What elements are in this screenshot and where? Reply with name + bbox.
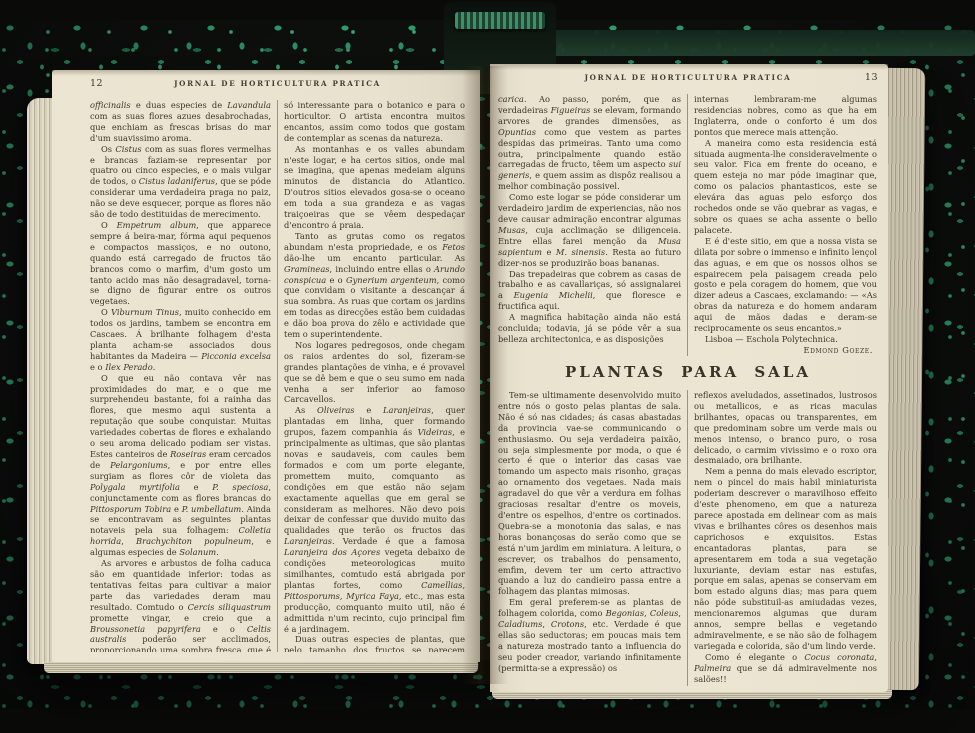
italic-term: Laranjeiras	[383, 405, 431, 415]
page-number-13: 13	[850, 72, 878, 83]
paragraph: Lisboa — Eschola Polytechnica.	[694, 334, 877, 345]
italic-term: Pittosporum Tobira	[90, 504, 171, 514]
running-title-left: JORNAL DE HORTICULTURA PRATICA	[118, 79, 437, 88]
paragraph: O Viburnum Tinus, muito conhecido em tod…	[90, 307, 271, 372]
page12-header: 12 JORNAL DE HORTICULTURA PRATICA	[90, 78, 465, 93]
italic-term: sui generis	[498, 159, 681, 180]
italic-term: officinalis	[90, 100, 131, 110]
paragraph: carica. Ao passo, porém, que as verdadei…	[498, 94, 681, 192]
left-page-bottom-edge	[44, 662, 478, 673]
italic-term: Polygala myrtifolia	[90, 482, 180, 492]
italic-term: Gynerium argenteum	[346, 275, 437, 285]
italic-term: Opuntias	[498, 127, 536, 137]
page-number-12: 12	[90, 78, 118, 89]
paragraph: Tanto as grutas como os regatos abundam …	[284, 231, 465, 340]
italic-term: Viburnum Tinus	[111, 307, 179, 317]
italic-term: Gramineas	[284, 264, 330, 274]
paragraph: As arvores e arbustos de folha caduca sã…	[90, 558, 271, 652]
italic-term: Laranjeiras	[284, 536, 332, 546]
paragraph: O que eu não contava vêr nas proximidade…	[90, 373, 271, 558]
italic-term: Cistus	[115, 144, 141, 154]
italic-term: Brachychiton populneum	[136, 536, 251, 546]
paragraph: só interessante para o botanico e para o…	[284, 100, 465, 144]
italic-term: M. sinensis	[556, 247, 605, 257]
paragraph: Edmond Goeze.	[694, 345, 877, 356]
italic-term: Pelargoniums	[110, 460, 167, 470]
italic-term: Picconia excelsa	[201, 351, 271, 361]
article-column-1: Tem-se ultimamente desenvolvido muito en…	[498, 390, 681, 686]
paragraph: Como é elegante o Cocus coronata, Palmei…	[694, 652, 877, 685]
italic-term: Crotons	[551, 619, 584, 629]
cover-board-top-edge	[548, 30, 975, 56]
paragraph: Como este logar se póde considerar um ve…	[498, 192, 681, 268]
italic-term: P. umbellatum	[182, 504, 242, 514]
paragraph: Em geral preferem-se as plantas de folha…	[498, 597, 681, 673]
italic-term: P. speciosa	[212, 482, 268, 492]
page13-column-2: internas lembraram-me algumas residencia…	[687, 94, 877, 356]
book-page-12: 12 JORNAL DE HORTICULTURA PRATICA offici…	[52, 70, 480, 662]
open-book-photo: 12 JORNAL DE HORTICULTURA PRATICA offici…	[0, 0, 975, 733]
italic-term: Camellias, Pittosporums, Myrica Faya	[284, 580, 465, 601]
italic-term: Oliveiras	[317, 405, 355, 415]
paragraph: reflexos aveludados, assetinados, lustro…	[694, 390, 877, 466]
page12-column-2: só interessante para o botanico e para o…	[277, 100, 465, 652]
spine-headband	[455, 12, 545, 29]
italic-term: Fetos	[442, 242, 465, 252]
paragraph: O Empetrum album, que apparece sempre á …	[90, 220, 271, 307]
italic-term: Empetrum album	[117, 220, 197, 230]
italic-term: Laranjeira dos Açores	[284, 547, 380, 557]
paragraph: As montanhas e os valles abundam n'este …	[284, 144, 465, 231]
italic-term: Roseiras	[170, 449, 206, 459]
italic-term: Cistus ladaniferus	[139, 176, 215, 186]
article-title: PLANTAS PARA SALA	[498, 363, 878, 383]
italic-term: Coleus	[650, 608, 679, 618]
italic-term: Caladiums	[498, 619, 542, 629]
paragraph: A magnifica habitação ainda não está con…	[498, 312, 681, 345]
italic-term: Videiras	[418, 427, 453, 437]
paragraph: Tem-se ultimamente desenvolvido muito en…	[498, 390, 681, 597]
page12-columns: officinalis e duas especies de Lavandula…	[90, 100, 465, 652]
page13-columns-top: carica. Ao passo, porém, que as verdadei…	[498, 94, 878, 356]
italic-term: Begonias	[606, 608, 645, 618]
book-page-13: JORNAL DE HORTICULTURA PRATICA 13 carica…	[490, 64, 888, 692]
paragraph: officinalis e duas especies de Lavandula…	[90, 100, 271, 144]
article-columns: Tem-se ultimamente desenvolvido muito en…	[498, 390, 878, 686]
italic-term: Broussonetia papyrifera	[90, 624, 201, 634]
italic-term: Cocus coronata	[804, 652, 874, 662]
paragraph: A maneira como esta residencia está situ…	[694, 138, 877, 236]
italic-term: Lavandula	[227, 100, 271, 110]
paragraph: Nos logares pedregosos, onde chegam os r…	[284, 340, 465, 405]
paragraph: Das trepadeiras que cobrem as casas de t…	[498, 269, 681, 313]
page13-column-1: carica. Ao passo, porém, que as verdadei…	[498, 94, 681, 356]
paragraph: Os Cistus com as suas flores vermelhas e…	[90, 144, 271, 220]
page13-header: JORNAL DE HORTICULTURA PRATICA 13	[498, 72, 878, 87]
italic-term: Eugenia Michelii	[514, 290, 593, 300]
italic-term: carica	[498, 94, 524, 104]
running-title-right: JORNAL DE HORTICULTURA PRATICA	[526, 73, 850, 82]
paragraph: Nem a penna do mais elevado escriptor, n…	[694, 466, 877, 651]
paragraph: E é d'este sitio, em que a nossa vista s…	[694, 236, 877, 334]
paragraph: Duas outras especies de plantas, que pel…	[284, 634, 465, 652]
article-column-2: reflexos aveludados, assetinados, lustro…	[687, 390, 877, 686]
italic-term: Figueiras	[551, 105, 591, 115]
italic-term: Ilex Perado	[105, 362, 153, 372]
paragraph: internas lembraram-me algumas residencia…	[694, 94, 877, 138]
italic-term: Solanum	[179, 547, 216, 557]
italic-term: Musas	[498, 225, 525, 235]
page12-column-1: officinalis e duas especies de Lavandula…	[90, 100, 271, 652]
italic-term: Palmeira	[694, 663, 731, 673]
paragraph: As Oliveiras e Laranjeiras, quer plantad…	[284, 405, 465, 634]
italic-term: Cercis siliquastrum	[188, 602, 271, 612]
